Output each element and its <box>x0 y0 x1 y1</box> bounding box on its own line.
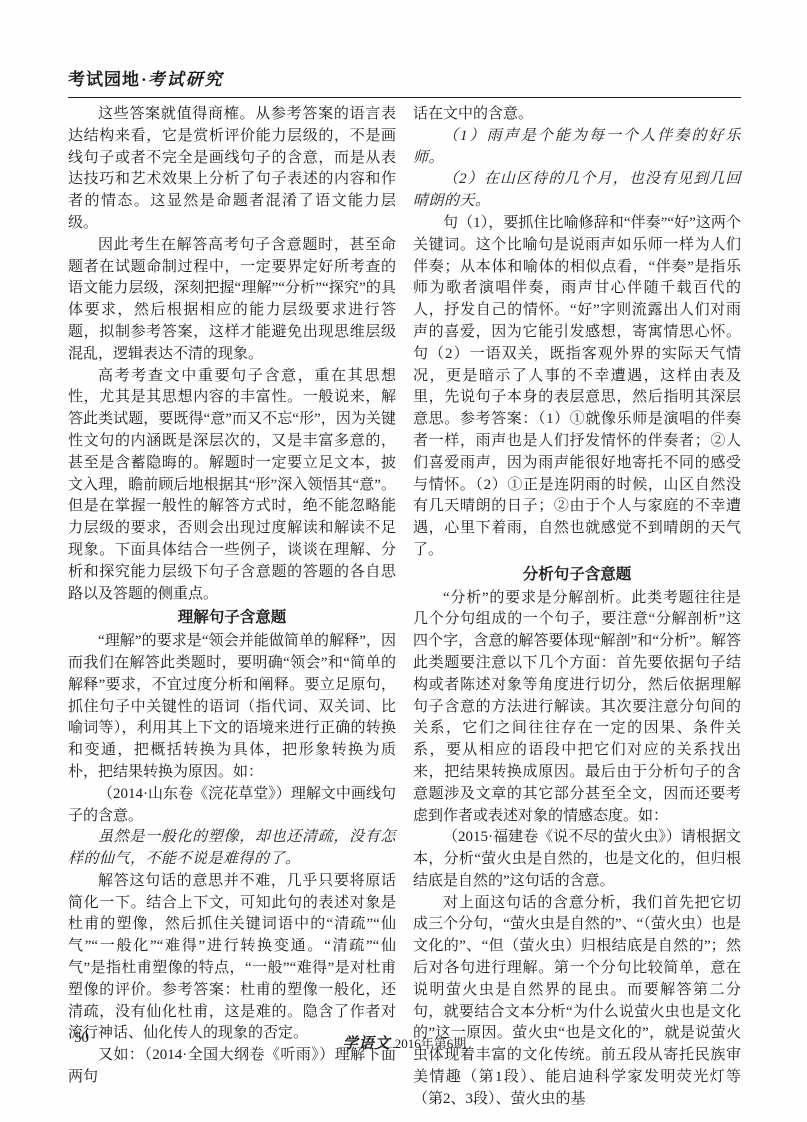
paragraph-exam-citation: （2014·山东卷《浣花草堂》）理解文中画线句子的含意。 <box>68 784 396 828</box>
paragraph: “分析”的要求是分解剖析。此类考题往往是几个分句组成的一个句子，要注意“分解剖析… <box>413 588 741 828</box>
paragraph-exam-citation: （2015·福建卷《说不尽的萤火虫》）请根据文本，分析“萤火虫是自然的，也是文化… <box>413 827 741 892</box>
journal-issue-line: 学语文2016年第6期 <box>68 1032 741 1053</box>
paragraph: 高考考查文中重要句子含意，重在其思想性，尤其是其思想内容的丰富性。一般说来，解答… <box>68 366 396 606</box>
paragraph: 这些答案就值得商榷。从参考答案的语言表达结构来看，它是赏析评价能力层级的，不是画… <box>68 104 396 235</box>
page-footer: 50 学语文2016年第6期 <box>68 1030 741 1054</box>
section-header-topic-name: 考试研究 <box>148 70 224 89</box>
left-column: 这些答案就值得商榷。从参考答案的语言表达结构来看，它是赏析评价能力层级的，不是画… <box>68 104 396 1111</box>
journal-issue: 2016年第6期 <box>395 1036 467 1051</box>
section-header-separator: · <box>140 70 148 89</box>
paragraph: 句（1），要抓住比喻修辞和“伴奏”“好”这两个关键词。这个比喻句是说雨声如乐师一… <box>413 213 741 562</box>
section-heading-analyze: 分析句子含意题 <box>413 564 741 586</box>
paragraph-continuation: 话在文中的含意。 <box>413 104 741 126</box>
quoted-passage: 虽然是一般化的塑像，却也还清疏，没有怎样的仙气，不能不说是难得的了。 <box>68 827 396 871</box>
paragraph: 对上面这句话的含意分析，我们首先把它切成三个分句，“萤火虫是自然的”、“（萤火虫… <box>413 893 741 1111</box>
quoted-passage-item-2: （2）在山区待的几个月，也没有见到几回晴朗的天。 <box>413 169 741 213</box>
journal-name: 学语文 <box>343 1036 395 1052</box>
paragraph: 因此考生在解答高考句子含意题时，甚至命题者在试题命制过程中，一定要界定好所考查的… <box>68 235 396 366</box>
quoted-passage-item-1: （1）雨声是个能为每一个人伴奏的好乐师。 <box>413 126 741 170</box>
journal-page: 考试园地·考试研究 这些答案就值得商榷。从参考答案的语言表达结构来看，它是赏析评… <box>0 0 807 1122</box>
paragraph: “理解”的要求是“领会并能做简单的解释”，因而我们在解答此类题时，要明确“领会”… <box>68 631 396 784</box>
section-heading-understand: 理解句子含意题 <box>68 607 396 629</box>
article-body: 这些答案就值得商榷。从参考答案的语言表达结构来看，它是赏析评价能力层级的，不是画… <box>68 104 741 1111</box>
paragraph: 解答这句话的意思并不难，几乎只要将原话简化一下。结合上下文，可知此句的表述对象是… <box>68 871 396 1045</box>
section-header: 考试园地·考试研究 <box>68 70 741 98</box>
section-header-column-name: 考试园地 <box>68 70 140 89</box>
right-column: 话在文中的含意。 （1）雨声是个能为每一个人伴奏的好乐师。 （2）在山区待的几个… <box>413 104 741 1111</box>
